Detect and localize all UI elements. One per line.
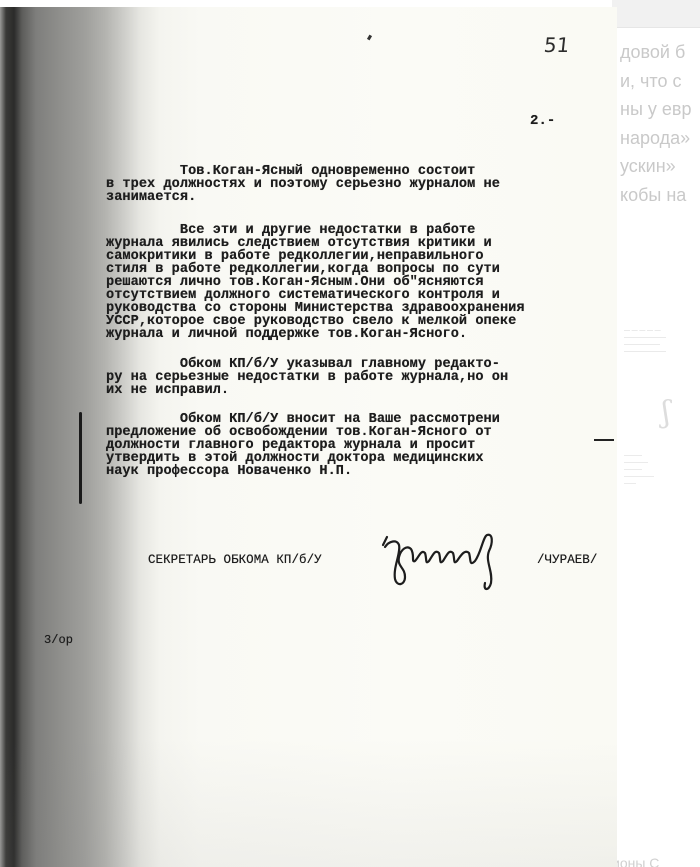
margin-dash-mark <box>594 439 614 441</box>
paragraph-2: Все эти и другие недостатки в работежурн… <box>106 224 525 341</box>
scanned-document-page: 51 2.- Тов.Коган-Ясный одновременно сост… <box>0 7 617 867</box>
background-footer-line: ——— <box>624 467 654 474</box>
handwritten-signature <box>375 527 515 597</box>
background-footer-line: —— <box>624 481 654 488</box>
background-header-bar <box>612 0 700 28</box>
background-caption-line: ——————— <box>624 335 666 342</box>
background-footer-line: ———— <box>624 460 654 467</box>
background-caption-line: —————— <box>624 342 666 349</box>
background-caption: — — — — — ——————— —————— ——————— <box>624 328 666 356</box>
paragraph-3: Обком КП/б/У указывал главному редакто-р… <box>106 358 508 397</box>
margin-bracket-mark <box>79 412 82 504</box>
background-text-line: народа» <box>620 124 691 153</box>
signature-title: СЕКРЕТАРЬ ОБКОМА КП/б/У <box>148 554 322 567</box>
typist-initials: 3/ор <box>44 634 73 647</box>
background-caption-line: ——————— <box>624 349 666 356</box>
background-signature-glyph: ʃ <box>662 395 700 445</box>
text-line: наук профессора Новаченко Н.П. <box>106 465 500 478</box>
background-footer: ——— ———— ——— ————— —— <box>624 453 654 488</box>
text-line: их не исправил. <box>106 384 508 397</box>
paragraph-1: Тов.Коган-Ясный одновременно состоитв тр… <box>106 165 500 204</box>
archive-page-number: 51 <box>543 33 571 57</box>
background-footer-line: ————— <box>624 474 654 481</box>
ink-mark <box>367 35 372 41</box>
text-line: занимается. <box>106 191 500 204</box>
background-text-line: и, что с <box>620 67 691 96</box>
paragraph-4: Обком КП/б/У вносит на Ваше рассмотренип… <box>106 413 500 478</box>
background-footer-line: ——— <box>624 453 654 460</box>
background-caption-line: — — — — — <box>624 328 666 335</box>
background-text-line: кобы на <box>620 181 691 210</box>
background-text-line: ны у евр <box>620 95 691 124</box>
background-webpage: довой б и, что с ны у евр народа» ускин»… <box>612 0 700 867</box>
background-article-text: довой б и, что с ны у евр народа» ускин»… <box>620 38 691 209</box>
text-line: журнала и личной поддержке тов.Коган-Ясн… <box>106 328 525 341</box>
background-text-line: ускин» <box>620 152 691 181</box>
background-bottom-text: ионы С <box>612 855 659 867</box>
page-number: 2.- <box>530 115 555 128</box>
signatory-name: /ЧУРАЕВ/ <box>537 554 597 567</box>
background-text-line: довой б <box>620 38 691 67</box>
